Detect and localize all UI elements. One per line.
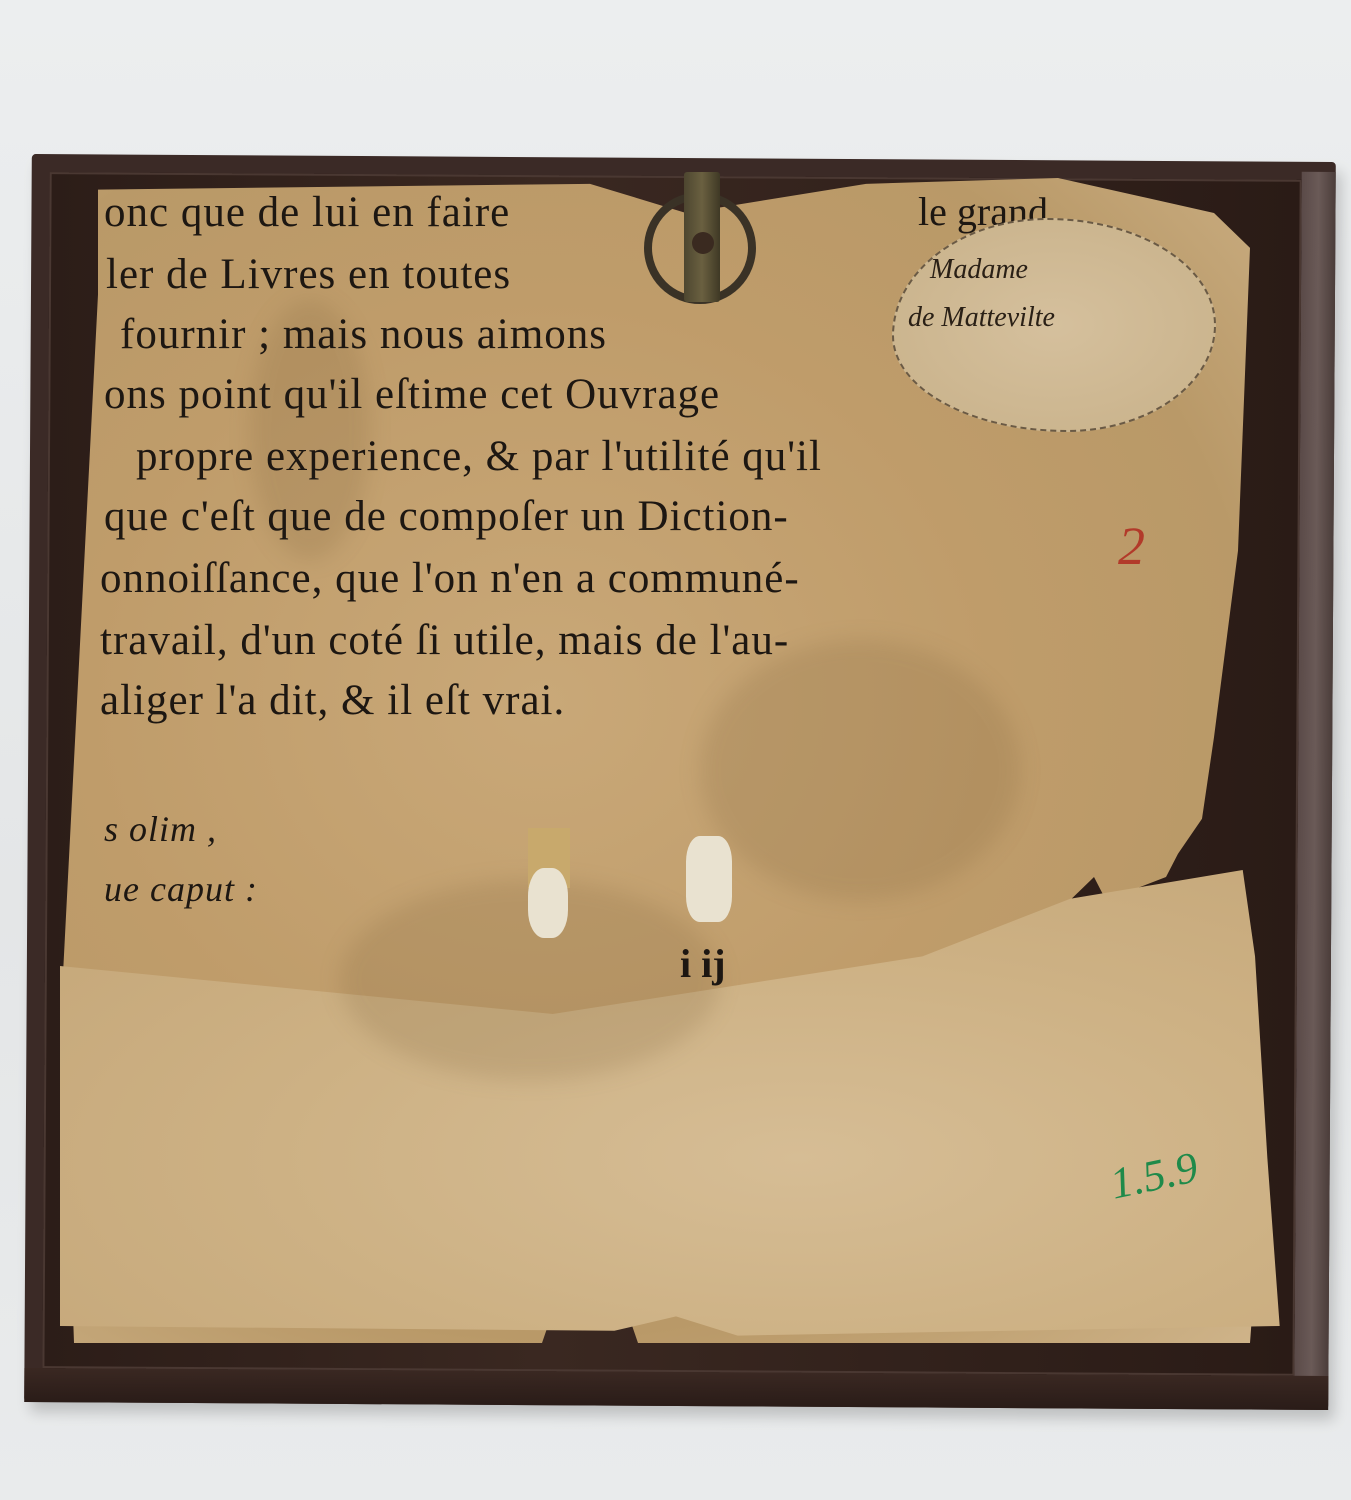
signature-mark: i ij (680, 940, 726, 987)
italic-line: s olim , (104, 808, 217, 850)
paper-loss (528, 868, 568, 938)
red-ink-number: 2 (1118, 515, 1145, 577)
rivet (692, 232, 714, 254)
handwritten-label: Madame de Mattevilte (892, 218, 1216, 432)
text-line: travail, d'un coté ſi utile, mais de l'a… (100, 616, 789, 665)
label-line-1: Madame (930, 254, 1028, 286)
text-line: que c'eſt que de compoſer un Diction- (104, 492, 789, 541)
text-line: ons point qu'il eſtime cet Ouvrage (104, 370, 720, 419)
text-line: ler de Livres en toutes (106, 250, 511, 299)
hanging-ring (640, 172, 768, 300)
paper-loss (686, 836, 732, 922)
text-line: aliger l'a dit, & il eſt vrai. (100, 676, 565, 725)
text-line: onc que de lui en faire (104, 188, 510, 237)
label-line-2: de Mattevilte (908, 302, 1055, 334)
italic-line: ue caput : (104, 868, 258, 910)
text-line: fournir ; mais nous aimons (120, 310, 607, 359)
text-line: onnoiſſance, que l'on n'en a communé- (100, 554, 800, 603)
text-line: propre experience, & par l'utilité qu'il (136, 432, 822, 481)
stain (700, 640, 1020, 900)
